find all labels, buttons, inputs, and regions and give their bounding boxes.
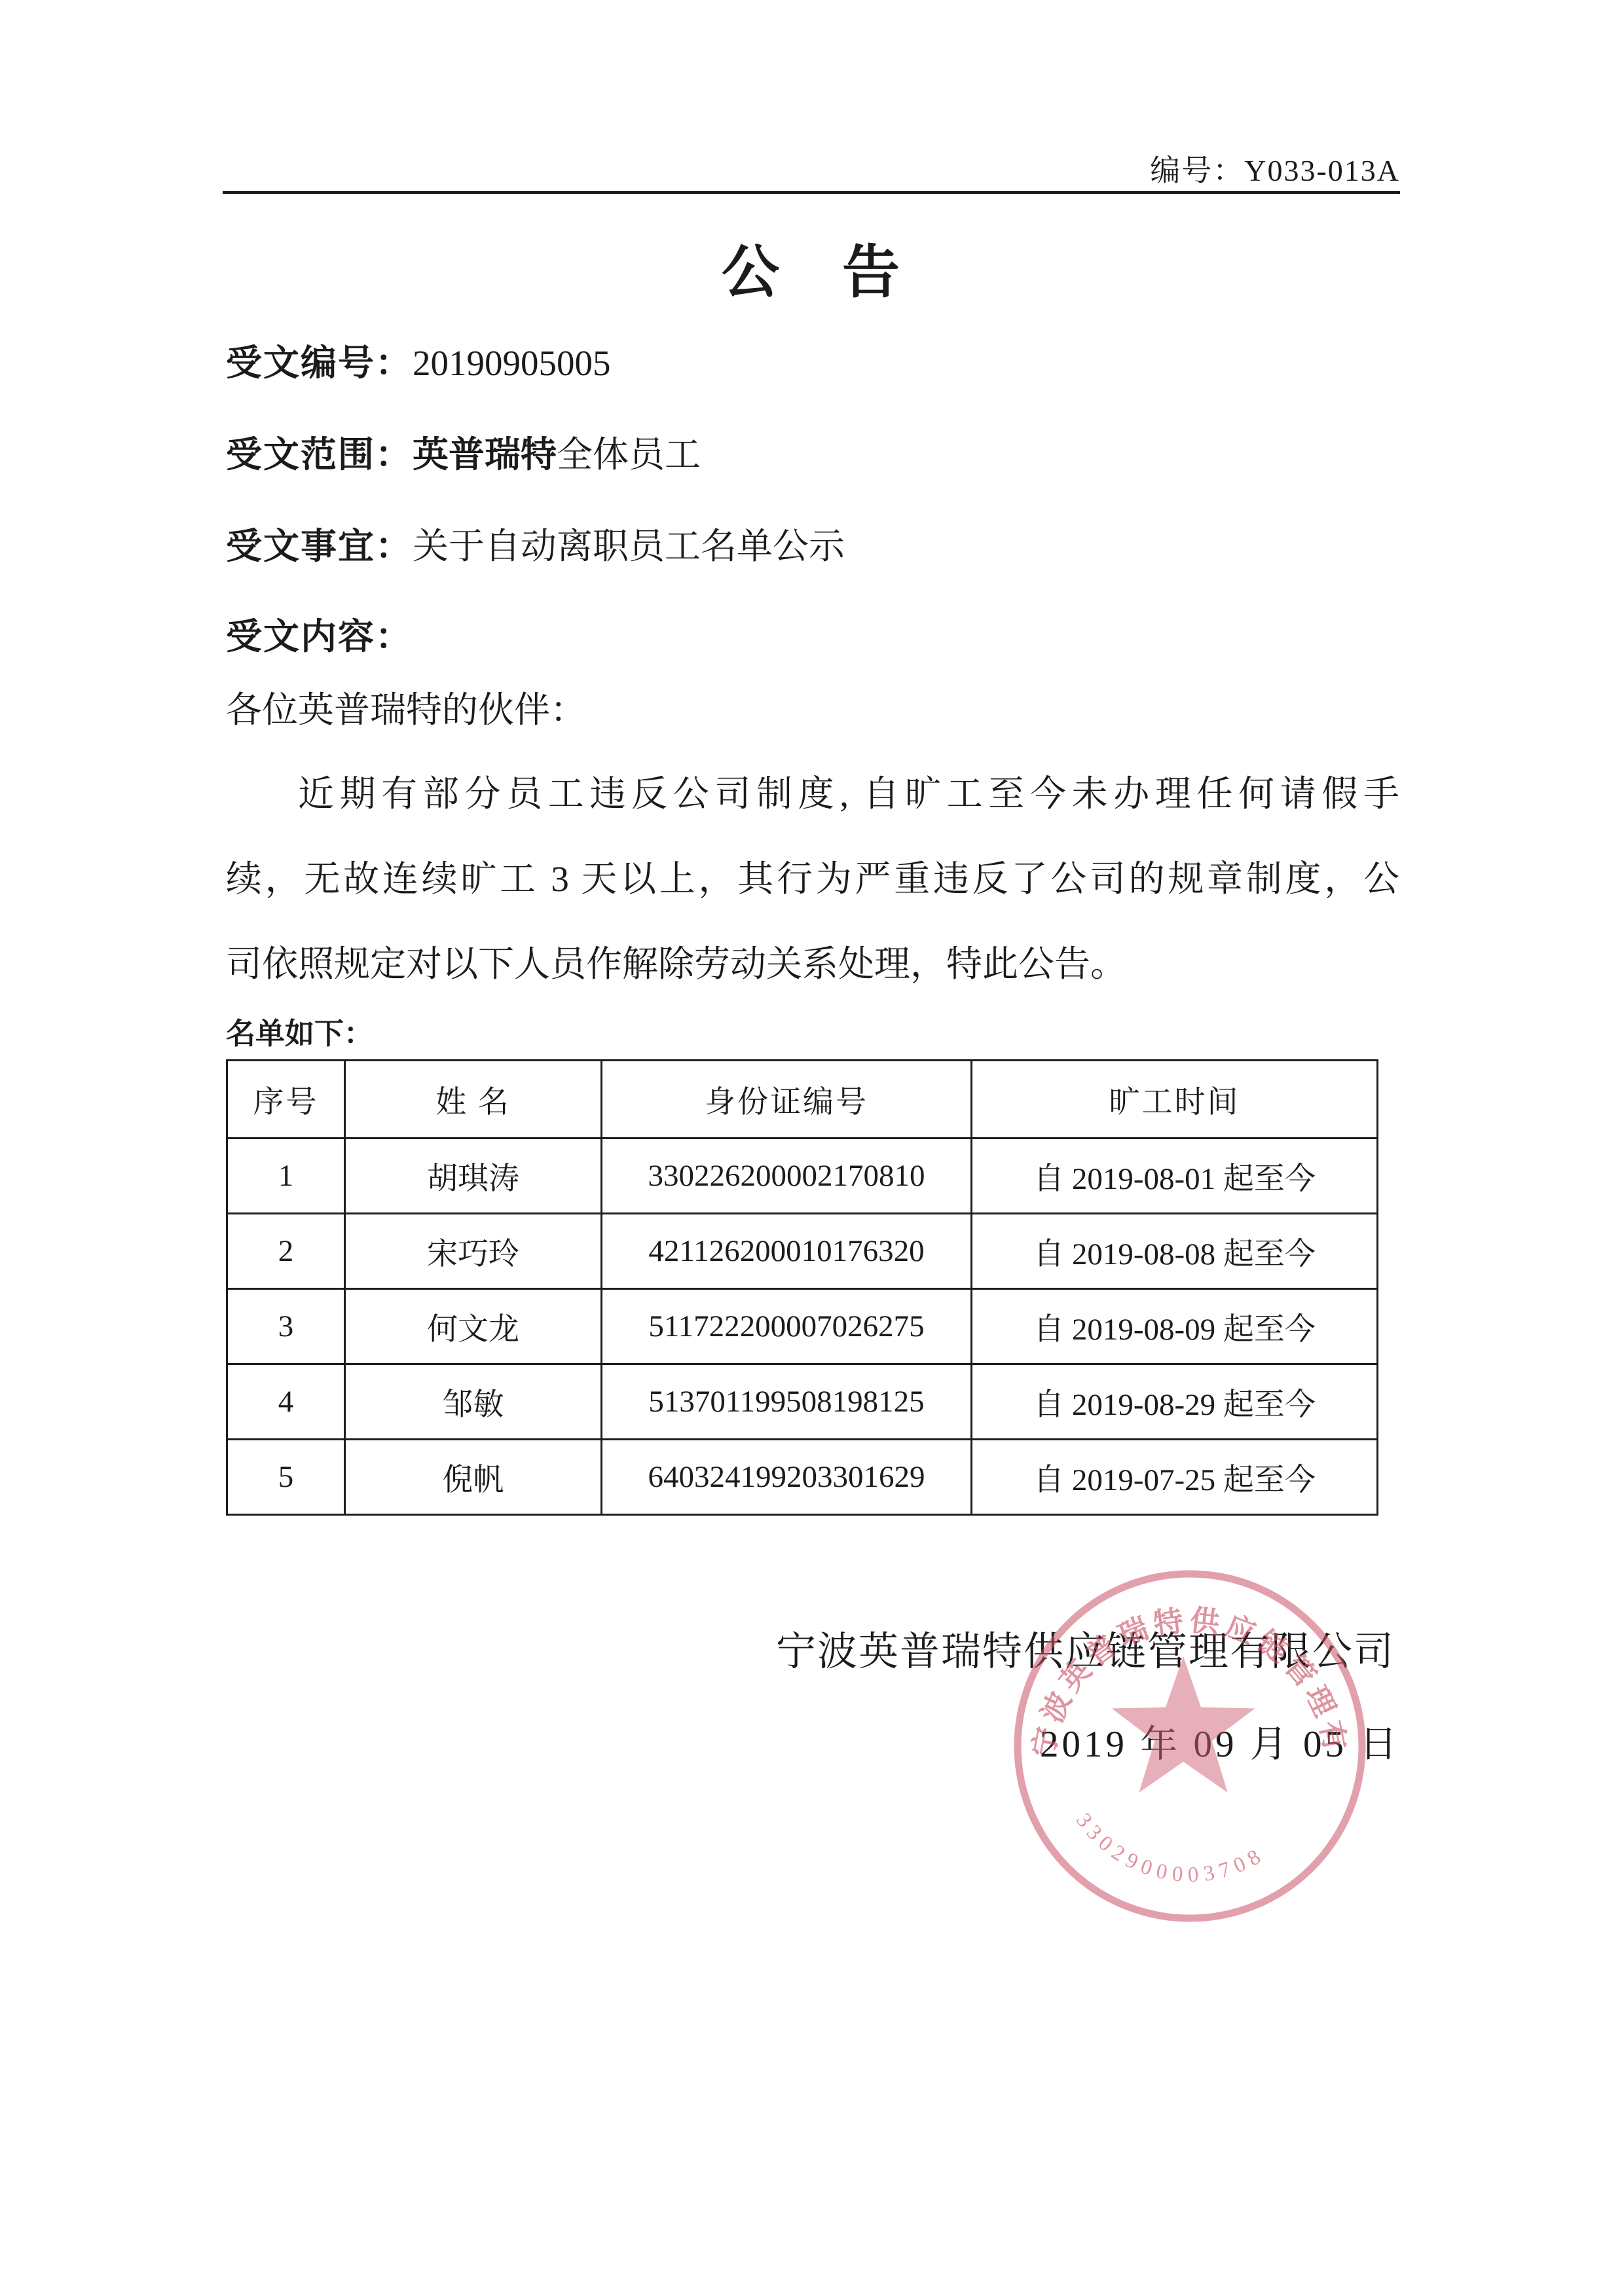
cell-index: 4: [227, 1364, 345, 1440]
list-label: 名单如下：: [226, 1010, 373, 1052]
field-content-label: 受文内容：: [226, 617, 413, 657]
field-doc-number-value: 20190905005: [413, 343, 611, 383]
col-header-index: 序号: [227, 1061, 345, 1139]
cell-period: 自 2019-08-01 起至今: [972, 1139, 1378, 1214]
table-row: 4 邹敏 513701199508198125 自 2019-08-29 起至今: [227, 1364, 1378, 1440]
field-scope: 受文范围：英普瑞特全体员工: [226, 426, 701, 477]
cell-name: 倪帆: [345, 1440, 602, 1515]
cell-id: 640324199203301629: [602, 1440, 972, 1515]
header-divider: [223, 191, 1400, 194]
body-line-3: 司依照规定对以下人员作解除劳动关系处理，特此公告。: [226, 935, 1399, 987]
doc-title: 公 告: [0, 227, 1624, 309]
field-content: 受文内容：: [226, 608, 413, 659]
cell-index: 2: [227, 1214, 345, 1289]
cell-id: 511722200007026275: [602, 1289, 972, 1364]
col-header-id: 身份证编号: [602, 1061, 972, 1139]
cell-name: 胡琪涛: [345, 1139, 602, 1214]
salutation: 各位英普瑞特的伙伴：: [226, 681, 586, 733]
cell-id: 513701199508198125: [602, 1364, 972, 1440]
table-row: 2 宋巧玲 421126200010176320 自 2019-08-08 起至…: [227, 1214, 1378, 1289]
signature-date: 2019 年 09 月 05 日: [1040, 1714, 1400, 1768]
field-scope-company: 英普瑞特: [413, 435, 557, 475]
cell-id: 330226200002170810: [602, 1139, 972, 1214]
col-header-name: 姓 名: [345, 1061, 602, 1139]
field-scope-rest: 全体员工: [557, 435, 701, 475]
doc-ref-number: 编号：Y033-013A: [1150, 147, 1400, 190]
signature-company: 宁波英普瑞特供应链管理有限公司: [776, 1620, 1395, 1677]
cell-index: 5: [227, 1440, 345, 1515]
cell-name: 何文龙: [345, 1289, 602, 1364]
cell-period: 自 2019-07-25 起至今: [972, 1440, 1378, 1515]
cell-period: 自 2019-08-09 起至今: [972, 1289, 1378, 1364]
field-scope-label: 受文范围：: [226, 435, 413, 475]
cell-id: 421126200010176320: [602, 1214, 972, 1289]
table-row: 1 胡琪涛 330226200002170810 自 2019-08-01 起至…: [227, 1139, 1378, 1214]
svg-text:3302900003708: 3302900003708: [1071, 1809, 1270, 1887]
table-row: 3 何文龙 511722200007026275 自 2019-08-09 起至…: [227, 1289, 1378, 1364]
cell-period: 自 2019-08-29 起至今: [972, 1364, 1378, 1440]
cell-name: 宋巧玲: [345, 1214, 602, 1289]
body-line-2: 续，无故连续旷工 3 天以上，其行为严重违反了公司的规章制度，公: [226, 850, 1399, 902]
seal-number: 3302900003708: [1071, 1809, 1270, 1887]
field-subject-value: 关于自动离职员工名单公示: [413, 526, 845, 566]
cell-index: 3: [227, 1289, 345, 1364]
table-header-row: 序号 姓 名 身份证编号 旷工时间: [227, 1061, 1378, 1139]
cell-index: 1: [227, 1139, 345, 1214]
cell-period: 自 2019-08-08 起至今: [972, 1214, 1378, 1289]
field-subject: 受文事宜：关于自动离职员工名单公示: [226, 517, 845, 569]
body-line-1: 近期有部分员工违反公司制度, 自旷工至今未办理任何请假手: [226, 765, 1399, 816]
cell-name: 邹敏: [345, 1364, 602, 1440]
announcement-document: 编号：Y033-013A 公 告 受文编号：20190905005 受文范围：英…: [0, 0, 1624, 2296]
dismissed-employees-table: 序号 姓 名 身份证编号 旷工时间 1 胡琪涛 3302262000021708…: [226, 1059, 1378, 1516]
field-doc-number-label: 受文编号：: [226, 343, 413, 383]
col-header-period: 旷工时间: [972, 1061, 1378, 1139]
field-doc-number: 受文编号：20190905005: [226, 334, 611, 386]
table-row: 5 倪帆 640324199203301629 自 2019-07-25 起至今: [227, 1440, 1378, 1515]
field-subject-label: 受文事宜：: [226, 526, 413, 566]
